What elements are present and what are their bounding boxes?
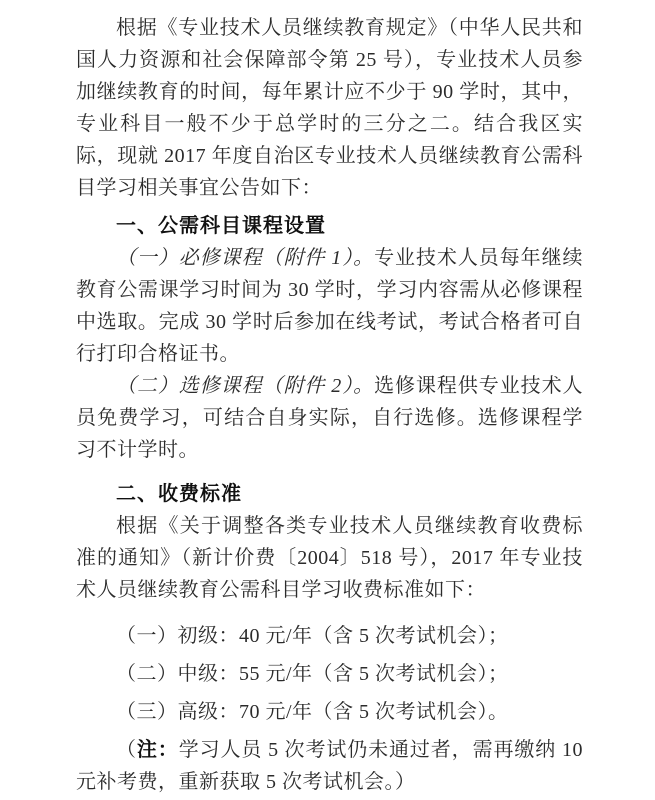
note-label: 注： bbox=[137, 739, 179, 761]
fee-item-intermediate: （二）中级：55 元/年（含 5 次考试机会）； bbox=[76, 658, 583, 690]
required-courses-lead: （一）必修课程（附件 1）。 bbox=[116, 247, 374, 269]
note-paragraph: （注：学习人员 5 次考试仍未通过者，需再缴纳 10 元补考费，重新获取 5 次… bbox=[76, 734, 583, 798]
fee-item-junior: （一）初级：40 元/年（含 5 次考试机会）； bbox=[76, 620, 583, 652]
fee-item-senior: （三）高级：70 元/年（含 5 次考试机会）。 bbox=[76, 696, 583, 728]
paragraph-fees-basis: 根据《关于调整各类专业技术人员继续教育收费标准的通知》（新计价费〔2004〕51… bbox=[76, 510, 583, 606]
note-open-paren: （ bbox=[116, 739, 137, 761]
document-page: 根据《专业技术人员继续教育规定》（中华人民共和国人力资源和社会保障部令第 25 … bbox=[0, 0, 655, 800]
paragraph-intro: 根据《专业技术人员继续教育规定》（中华人民共和国人力资源和社会保障部令第 25 … bbox=[76, 12, 583, 204]
paragraph-required-courses: （一）必修课程（附件 1）。专业技术人员每年继续教育公需课学习时间为 30 学时… bbox=[76, 242, 583, 370]
paragraph-elective-courses: （二）选修课程（附件 2）。选修课程供专业技术人员免费学习，可结合自身实际，自行… bbox=[76, 370, 583, 466]
section-heading-fees: 二、收费标准 bbox=[76, 478, 583, 510]
elective-courses-lead: （二）选修课程（附件 2）。 bbox=[116, 375, 374, 397]
section-heading-courses: 一、公需科目课程设置 bbox=[76, 210, 583, 242]
